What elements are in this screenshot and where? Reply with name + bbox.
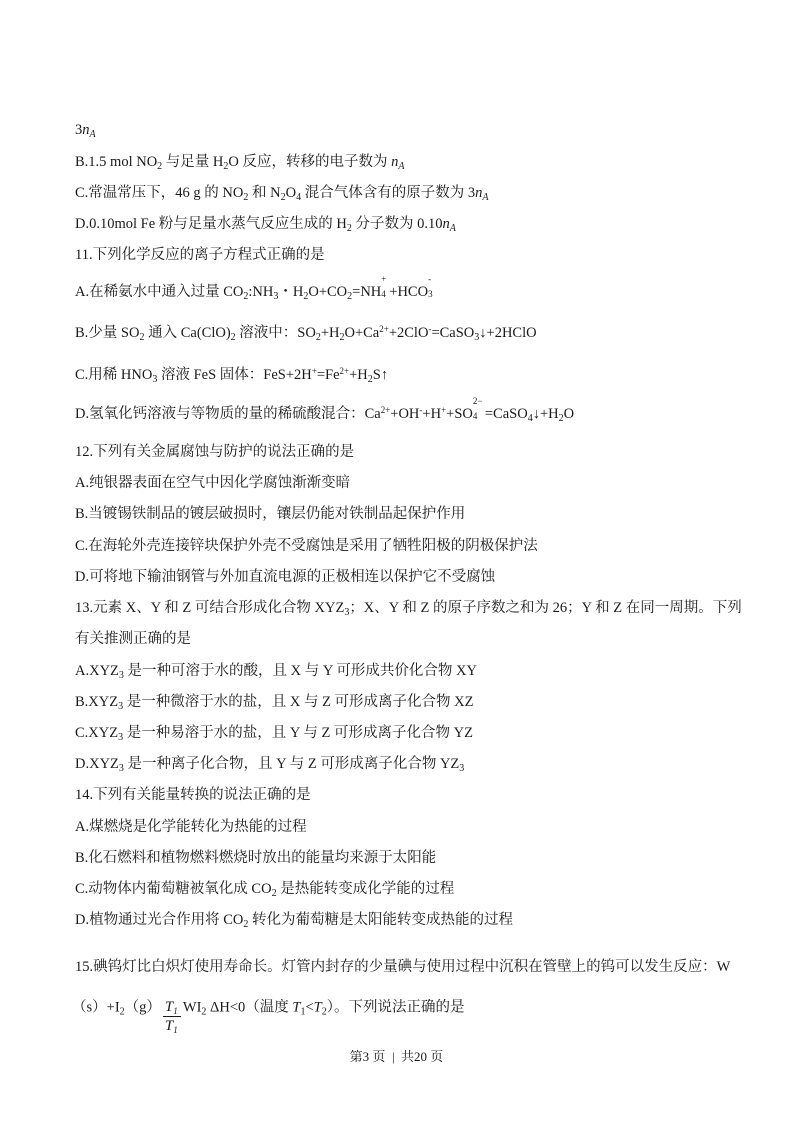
q13-stem-line2: 有关推测正确的是 [75, 630, 191, 648]
text: +H [321, 325, 340, 341]
text: 13.元素 X、Y 和 Z 可结合形成化合物 XYZ [75, 600, 344, 616]
q12-option-c: C.在海轮外壳连接锌块保护外壳不受腐蚀是采用了牺牲阳极的阴极保护法 [75, 537, 538, 555]
text: WI [183, 999, 202, 1015]
text: O [286, 185, 296, 201]
ion-charge: -3 [428, 284, 436, 296]
current-page-label: 第3 页 [350, 1049, 386, 1064]
text: +H [349, 367, 368, 383]
text: +OH [390, 406, 419, 422]
superscript: 2+ [379, 324, 389, 334]
text: O [564, 406, 574, 422]
subscript: A [450, 223, 456, 234]
document-page: 3nA B.1.5 mol NO2 与足量 H2O 反应，转移的电子数为 nA … [0, 0, 793, 1122]
text: 溶液中：SO [236, 325, 316, 341]
ion-charge: +4 [381, 284, 389, 296]
text: ）。下列说法正确的是 [327, 999, 465, 1015]
q14-option-d: D.植物通过光合作用将 CO2 转化为葡萄糖是太阳能转变成热能的过程 [75, 911, 513, 929]
ion-charge: 2−4 [473, 406, 485, 418]
q13-option-b: B.XYZ3 是一种微溶于水的盐，且 X 与 Z 可形成离子化合物 XZ [75, 693, 474, 711]
subscript: 3 [459, 763, 464, 774]
text: B.XYZ [75, 694, 118, 710]
q12-option-a: A.纯银器表面在空气中因化学腐蚀渐渐变暗 [75, 474, 350, 492]
text: n [82, 122, 89, 138]
text: 是一种微溶于水的盐，且 X 与 Z 可形成离子化合物 XZ [123, 694, 473, 710]
text: ；X、Y 和 Z 的原子序数之和为 26；Y 和 Z 在同一周期。下列 [349, 600, 741, 616]
text: 是一种离子化合物，且 Y 与 Z 可形成离子化合物 YZ [124, 756, 459, 772]
text: O 反应，转移的电子数为 [228, 154, 391, 170]
q14-option-c: C.动物体内葡萄糖被氧化成 CO2 是热能转变成化学能的过程 [75, 880, 454, 898]
text: =Fe [317, 367, 340, 383]
page-footer: 第3 页 | 共20 页 [0, 1049, 793, 1065]
q12-option-b: B.当镀锡铁制品的镀层破损时，镶层仍能对铁制品起保护作用 [75, 505, 465, 523]
text: （g） [125, 999, 161, 1015]
q10-option-c: C.常温常压下，46 g 的 NO2 和 N2O4 混合气体含有的原子数为 3n… [75, 184, 488, 202]
text: D.0.10mol Fe 粉与足量水蒸气反应生成的 H [75, 216, 347, 232]
text: ・H [278, 284, 303, 300]
text: 是一种易溶于水的盐，且 Y 与 Z 可形成离子化合物 YZ [123, 725, 473, 741]
q11-option-a: A.在稀氨水中通入过量 CO2:NH3・H2O+CO2=NH+4+HCO-3 [75, 283, 436, 301]
text: 与足量 H [162, 154, 223, 170]
text: C.常温常压下，46 g 的 NO [75, 185, 243, 201]
subscript: A [90, 129, 96, 140]
text: =CaSO [485, 406, 528, 422]
q10-option-b: B.1.5 mol NO2 与足量 H2O 反应，转移的电子数为 nA [75, 153, 405, 171]
q12-option-d: D.可将地下输油钢管与外加直流电源的正极相连以保护它不受腐蚀 [75, 568, 495, 586]
fraction-bar [163, 1016, 181, 1017]
text: ↓+2HClO [479, 325, 536, 341]
text: B.少量 SO [75, 325, 139, 341]
text: +H [422, 406, 441, 422]
q14-option-a: A.煤燃烧是化学能转化为热能的过程 [75, 818, 307, 836]
text: C.用稀 HNO [75, 367, 152, 383]
text: :NH [248, 284, 273, 300]
q15-stem-line1: 15.碘钨灯比白炽灯使用寿命长。灯管内封存的少量碘与使用过程中沉积在管壁上的钨可… [75, 958, 730, 976]
text: +2ClO [389, 325, 429, 341]
q12-stem: 12.下列有关金属腐蚀与防护的说法正确的是 [75, 443, 354, 461]
text: 通入 Ca(ClO) [144, 325, 230, 341]
total-pages-label: 共20 页 [401, 1049, 443, 1064]
q13-option-a: A.XYZ3 是一种可溶于水的酸，且 X 与 Y 可形成共价化合物 XY [75, 662, 477, 680]
text: D.植物通过光合作用将 CO [75, 912, 243, 928]
q14-option-b: B.化石燃料和植物燃料燃烧时放出的能量均来源于太阳能 [75, 849, 436, 867]
text: A.XYZ [75, 663, 119, 679]
text: 和 N [248, 185, 280, 201]
text: D.氢氧化钙溶液与等物质的量的稀硫酸混合：Ca [75, 406, 381, 422]
q13-option-c: C.XYZ3 是一种易溶于水的盐，且 Y 与 Z 可形成离子化合物 YZ [75, 724, 473, 742]
text: （s）+I [72, 999, 120, 1015]
text: C.动物体内葡萄糖被氧化成 CO [75, 881, 272, 897]
text: 混合气体含有的原子数为 3 [301, 185, 475, 201]
q11-option-c: C.用稀 HNO3 溶液 FeS 固体：FeS+2H+=Fe2++H2S↑ [75, 366, 388, 384]
text: 是一种可溶于水的酸，且 X 与 Y 可形成共价化合物 XY [124, 663, 477, 679]
superscript: 2+ [340, 366, 350, 376]
subscript: A [398, 161, 404, 172]
text: n [443, 216, 450, 232]
superscript: 2+ [381, 405, 391, 415]
text: T [314, 999, 322, 1015]
text: S↑ [373, 367, 388, 383]
text: +SO [446, 406, 473, 422]
q11-stem: 11.下列化学反应的离子方程式正确的是 [75, 246, 325, 264]
text: 分子数为 0.10 [352, 216, 443, 232]
q10-option-a-tail: 3nA [75, 121, 96, 139]
text: C.XYZ [75, 725, 118, 741]
text: B.1.5 mol NO [75, 154, 157, 170]
q10-option-d: D.0.10mol Fe 粉与足量水蒸气反应生成的 H2 分子数为 0.10nA [75, 215, 456, 233]
text: =CaSO [431, 325, 474, 341]
subscript: A [482, 192, 488, 203]
q11-option-b: B.少量 SO2 通入 Ca(ClO)2 溶液中：SO2+H2O+Ca2++2C… [75, 324, 537, 342]
footer-separator: | [392, 1049, 395, 1064]
text: 是热能转变成化学能的过程 [277, 881, 455, 897]
text: ΔH<0（温度 [206, 999, 292, 1015]
q13-stem-line1: 13.元素 X、Y 和 Z 可结合形成化合物 XYZ3；X、Y 和 Z 的原子序… [75, 599, 742, 617]
text: < [305, 999, 313, 1015]
text: A.在稀氨水中通入过量 CO [75, 284, 243, 300]
q15-stem-line2: （s）+I2（g）T1T1WI2 ΔH<0（温度 T1<T2）。下列说法正确的是 [72, 990, 465, 1026]
text: =NH [352, 284, 381, 300]
text: O+Ca [344, 325, 379, 341]
text: D.XYZ [75, 756, 119, 772]
text: ↓+H [533, 406, 559, 422]
text: 溶液 FeS 固体：FeS+2H [157, 367, 311, 383]
text: O+CO [308, 284, 347, 300]
text: 转化为葡萄糖是太阳能转变成热能的过程 [248, 912, 513, 928]
reaction-condition-fraction: T1T1 [163, 999, 181, 1035]
q13-option-d: D.XYZ3 是一种离子化合物，且 Y 与 Z 可形成离子化合物 YZ3 [75, 755, 464, 773]
text: +HCO [389, 284, 428, 300]
q11-option-d: D.氢氧化钙溶液与等物质的量的稀硫酸混合：Ca2++OH-+H++SO2−4=C… [75, 405, 574, 423]
q14-stem: 14.下列有关能量转换的说法正确的是 [75, 786, 311, 804]
